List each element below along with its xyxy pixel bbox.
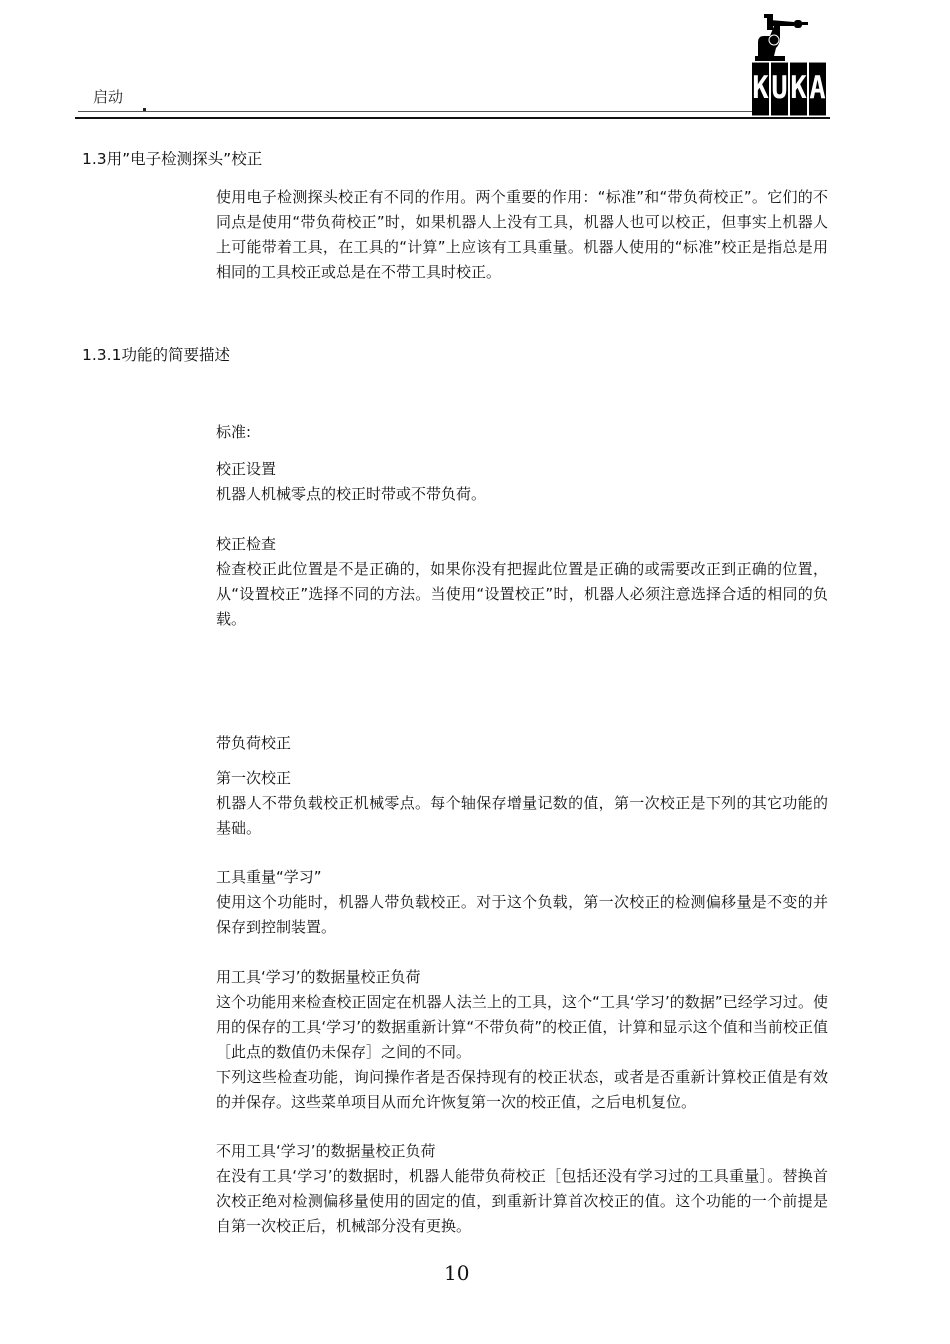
- item-text: 这个功能用来检查校正固定在机器人法兰上的工具，这个“工具‘学习’的数据”已经学习…: [216, 990, 828, 1065]
- section-heading: 1.3用”电子检测探头”校正: [82, 147, 262, 169]
- item-text-continued: 下列这些检查功能，询问操作者是否保持现有的校正状态，或者是否重新计算校正值是有效…: [216, 1065, 828, 1115]
- logo-letter: K: [790, 63, 807, 116]
- item-text: 在没有工具‘学习’的数据时，机器人能带负荷校正［包括还没有学习过的工具重量］。替…: [216, 1164, 828, 1239]
- item-title: 第一次校正: [216, 766, 291, 791]
- item-title: 工具重量“学习”: [216, 865, 322, 890]
- page-number: 10: [444, 1261, 469, 1285]
- kuka-wordmark: K U K A: [752, 66, 826, 112]
- logo-letter: U: [771, 63, 788, 116]
- chapter-title: 启动: [93, 86, 123, 107]
- logo-letter: A: [809, 63, 826, 116]
- document-page: 启动 K U K A 1.3用”电子检测探头”校正 使用电子检测探头校正有不同的…: [0, 0, 950, 1344]
- item-title: 校正设置: [216, 457, 276, 482]
- logo-letter: K: [752, 63, 769, 116]
- load-title: 带负荷校正: [216, 731, 291, 756]
- intro-paragraph: 使用电子检测探头校正有不同的作用。两个重要的作用：“标准”和“带负荷校正”。它们…: [216, 185, 828, 285]
- standard-title: 标准:: [216, 420, 251, 445]
- kuka-logo: K U K A: [752, 12, 832, 114]
- item-text: 检查校正此位置是不是正确的，如果你没有把握此位置是正确的或需要改正到正确的位置，…: [216, 557, 828, 632]
- subsection-heading: 1.3.1功能的简要描述: [82, 343, 230, 365]
- item-text: 机器人机械零点的校正时带或不带负荷。: [216, 482, 828, 507]
- header-rule-thick: [75, 117, 830, 119]
- robot-arm-icon: [752, 12, 832, 64]
- item-title: 用工具‘学习’的数据量校正负荷: [216, 965, 421, 990]
- item-title: 不用工具‘学习’的数据量校正负荷: [216, 1139, 436, 1164]
- item-text: 使用这个功能时，机器人带负载校正。对于这个负载，第一次校正的检测偏移量是不变的并…: [216, 890, 828, 940]
- item-text: 机器人不带负载校正机械零点。每个轴保存增量记数的值，第一次校正是下列的其它功能的…: [216, 791, 828, 841]
- header-rule-thin: [78, 111, 756, 112]
- item-title: 校正检查: [216, 532, 276, 557]
